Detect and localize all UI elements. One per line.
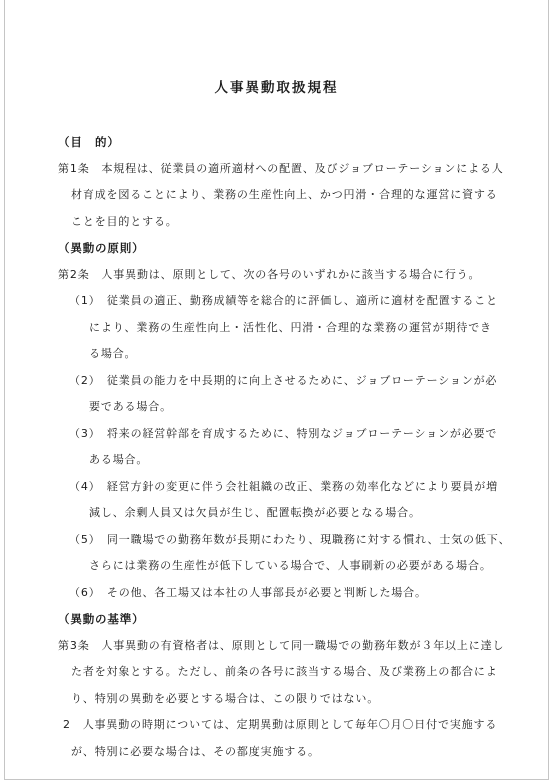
section-heading-purpose: （目 的） [58,129,548,156]
article-2-item-1: （1） 従業員の適正、勤務成績等を総合的に評価し、適所に適材を配置すること [69,288,548,315]
article-2-item-2: 要である場合。 [89,394,548,421]
article-1-line: ことを目的とする。 [71,209,548,236]
section-heading-criteria: （異動の基準） [58,606,548,633]
article-2-item-6: （6） その他、各工場又は本社の人事部長が必要と判断した場合。 [69,580,548,607]
article-3-line: 第3条 人事異動の有資格者は、原則として同一職場での勤務年数が３年以上に達し [58,633,548,660]
document-title: 人事異動取扱規程 [5,78,548,98]
article-2-item-5: さらには業務の生産性が低下している場合で、人事刷新の必要がある場合。 [89,553,548,580]
article-1-line: 第1条 本規程は、従業員の適所適材への配置、及びジョブローテーションによる人 [58,156,548,183]
document-page: 人事異動取扱規程 （目 的） 第1条 本規程は、従業員の適所適材への配置、及びジ… [4,0,549,780]
article-2-item-1: る場合。 [89,341,548,368]
article-2-item-3: （3） 将来の経営幹部を育成するために、特別なジョブローテーションが必要で [69,421,548,448]
article-3-line: り、特別の異動を必要とする場合は、この限りではない。 [71,686,548,713]
section-heading-principle: （異動の原則） [58,235,548,262]
article-2-item-4: （4） 経営方針の変更に伴う会社組織の改正、業務の効率化などにより要員が増 [69,474,548,501]
article-1-line: 材育成を図ることにより、業務の生産性向上、かつ円滑・合理的な運営に資する [71,182,548,209]
article-2-item-3: ある場合。 [89,447,548,474]
article-2-item-4: 減し、余剰人員又は欠員が生じ、配置転換が必要となる場合。 [89,500,548,527]
article-3-paragraph-2: が、特別に必要な場合は、その都度実施する。 [71,739,548,766]
article-2-item-1: により、業務の生産性向上・活性化、円滑・合理的な業務の運営が期待でき [89,315,548,342]
article-3-paragraph-2: 2 人事異動の時期については、定期異動は原則として毎年〇月〇日付で実施する [63,712,548,739]
article-3-line: た者を対象とする。ただし、前条の各号に該当する場合、及び業務上の都合によ [71,659,548,686]
article-2-item-5: （5） 同一職場での勤務年数が長期にわたり、現職務に対する慣れ、士気の低下、 [69,527,548,554]
document-body: （目 的） 第1条 本規程は、従業員の適所適材への配置、及びジョブローテーション… [5,129,548,765]
article-2-item-2: （2） 従業員の能力を中長期的に向上させるために、ジョブローテーションが必 [69,368,548,395]
article-2-line: 第2条 人事異動は、原則として、次の各号のいずれかに該当する場合に行う。 [58,262,548,289]
